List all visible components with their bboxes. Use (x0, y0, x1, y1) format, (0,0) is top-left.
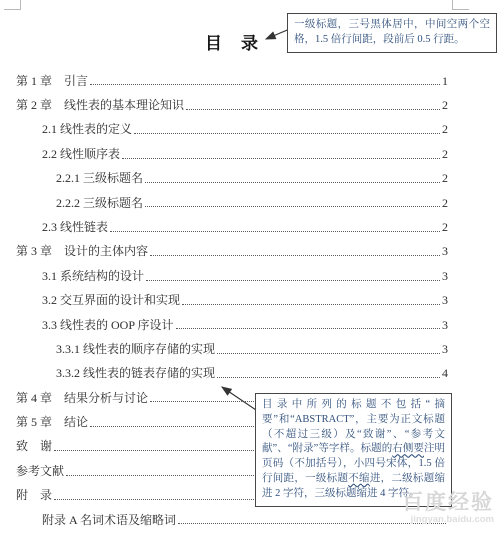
toc-page-number: 2 (442, 172, 448, 186)
annotation-text-wavy: 不缩 (348, 473, 370, 484)
text-boundary-mark-top-right (452, 0, 469, 10)
toc-entry[interactable]: 2.2.1 三级标题名2 (16, 164, 448, 188)
dot-leader (178, 523, 446, 524)
toc-entry-label: 2.2.1 三级标题名 (56, 172, 143, 186)
toc-entry-label: 3.3 线性表的 OOP 序设计 (42, 319, 174, 333)
toc-entry-label: 3.1 系统结构的设计 (42, 270, 144, 284)
toc-page-number: 3 (442, 294, 448, 308)
document-page: 目 录 第 1 章 引言1第 2 章 线性表的基本理论知识22.1 线性表的定义… (0, 0, 500, 542)
dot-leader (182, 304, 440, 305)
dot-leader (145, 182, 440, 183)
toc-entry[interactable]: 3.1 系统结构的设计3 (16, 261, 448, 285)
dot-leader (110, 231, 440, 232)
toc-entry-label: 附 录 (16, 489, 52, 503)
dot-leader (134, 133, 440, 134)
toc-entry[interactable]: 3.3.1 线性表的顺序存储的实现3 (16, 334, 448, 358)
toc-entry-label: 2.2 线性顺序表 (42, 148, 120, 162)
annotation-text: 一级标题，三号黑体居中，中间空两个空格，1.5 倍行间距，段前后 0.5 行距。 (294, 19, 490, 45)
toc-entry-label: 3.2 交互界面的设计和实现 (42, 294, 180, 308)
dot-leader (122, 158, 440, 159)
toc-entry[interactable]: 第 1 章 引言1 (16, 66, 448, 90)
toc-page-number: 2 (442, 197, 448, 211)
annotation-text-wavy: 右侧要 (392, 443, 424, 454)
toc-page-number: 2 (442, 99, 448, 113)
toc-entry-label: 2.3 线性链表 (42, 221, 108, 235)
toc-page-number: 3 (442, 343, 448, 357)
toc-entry-label: 致 谢 (16, 440, 52, 454)
toc-entry[interactable]: 附录 A 名词术语及缩略词 (16, 505, 448, 529)
dot-leader (146, 280, 440, 281)
toc-entry[interactable]: 2.2 线性顺序表2 (16, 139, 448, 163)
toc-entry-label: 3.3.2 线性表的链表存储的实现 (56, 367, 215, 381)
toc-entry-label: 参考文献 (16, 465, 64, 479)
toc-entry-label: 3.3.1 线性表的顺序存储的实现 (56, 343, 215, 357)
toc-entry-label: 第 2 章 线性表的基本理论知识 (16, 99, 184, 113)
dot-leader (217, 353, 440, 354)
toc-page-number: 2 (442, 148, 448, 162)
toc-page-number: 3 (442, 270, 448, 284)
toc-page-number: 1 (442, 75, 448, 89)
toc-page-number: 3 (442, 245, 448, 259)
dot-leader (186, 109, 440, 110)
toc-entry-label: 2.1 线性表的定义 (42, 123, 132, 137)
toc-entry[interactable]: 第 3 章 设计的主体内容3 (16, 237, 448, 261)
toc-entry-label: 附录 A 名词术语及缩略词 (42, 514, 176, 528)
toc-entry[interactable]: 2.3 线性链表2 (16, 212, 448, 236)
toc-page-number: 2 (442, 221, 448, 235)
dot-leader (145, 206, 440, 207)
toc-entry-label: 2.2.2 三级标题名 (56, 197, 143, 211)
dot-leader (90, 84, 440, 85)
toc-entry-label: 第 3 章 设计的主体内容 (16, 245, 148, 259)
callout-arrow-bottom (214, 378, 260, 414)
dot-leader (150, 255, 440, 256)
toc-entry-label: 第 1 章 引言 (16, 75, 88, 89)
text-boundary-mark-top-left (4, 0, 21, 10)
toc-entry[interactable]: 第 2 章 线性表的基本理论知识2 (16, 90, 448, 114)
toc-entry[interactable]: 2.2.2 三级标题名2 (16, 188, 448, 212)
annotation-box-toc-rules[interactable]: 目录中所列的标题不包括“摘要”和“ABSTRACT”，主要为正文标题（不超过三级… (255, 393, 452, 507)
toc-entry-label: 第 4 章 结果分析与讨论 (16, 392, 148, 406)
toc-page-number: 2 (442, 123, 448, 137)
toc-entry[interactable]: 3.3 线性表的 OOP 序设计3 (16, 310, 448, 334)
toc-entry[interactable]: 2.1 线性表的定义2 (16, 115, 448, 139)
toc-page-number: 4 (442, 367, 448, 381)
annotation-box-title-format[interactable]: 一级标题，三号黑体居中，中间空两个空格，1.5 倍行间距，段前后 0.5 行距。 (287, 13, 497, 53)
toc-page-number: 3 (442, 319, 448, 333)
dot-leader (176, 328, 440, 329)
toc-entry-label: 第 5 章 结论 (16, 416, 88, 430)
toc-entry[interactable]: 3.2 交互界面的设计和实现3 (16, 286, 448, 310)
